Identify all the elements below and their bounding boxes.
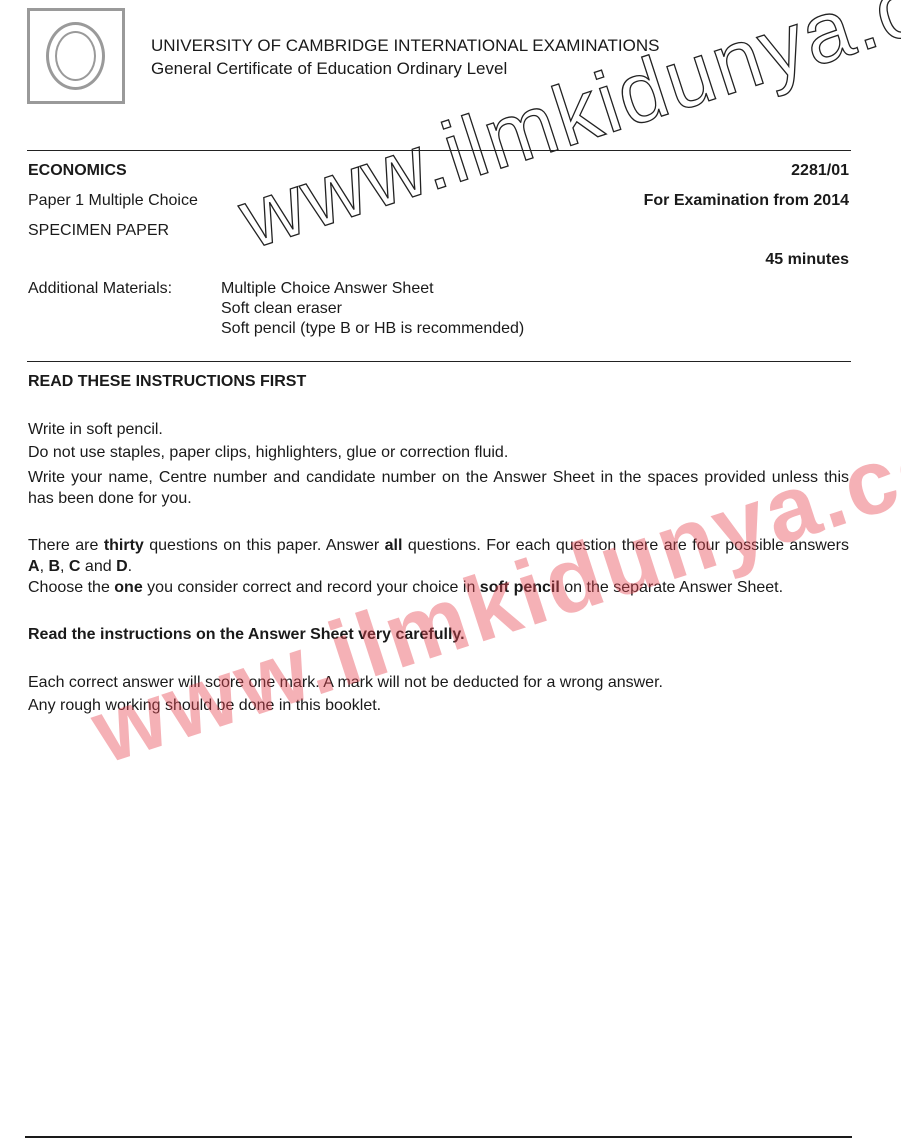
text: . [128,558,132,575]
text: on the separate Answer Sheet. [560,579,783,596]
option-letter: B [48,558,60,575]
text: questions. For each question there are f… [402,537,849,554]
duration: 45 minutes [765,251,849,269]
emphasis: thirty [104,537,144,554]
materials-label: Additional Materials: [28,280,172,298]
institution-name: UNIVERSITY OF CAMBRIDGE INTERNATIONAL EX… [151,36,660,56]
header-divider [27,150,851,151]
emphasis: one [114,579,142,596]
emphasis: all [385,537,403,554]
material-item: Soft pencil (type B or HB is recommended… [221,320,524,338]
subject-title: ECONOMICS [28,162,127,180]
text: and [80,558,116,575]
instruction-line: Write in soft pencil. [28,421,163,439]
paper-code: 2281/01 [791,162,849,180]
o-level-logo-icon [46,22,105,90]
text: you consider correct and record your cho… [143,579,480,596]
instructions-heading: READ THESE INSTRUCTIONS FIRST [28,373,306,391]
paper-type: SPECIMEN PAPER [28,222,169,240]
text: There are [28,537,104,554]
option-letter: D [116,558,128,575]
qualification-name: General Certificate of Education Ordinar… [151,59,507,79]
instruction-line: Write your name, Centre number and candi… [28,467,849,509]
emphasis: soft pencil [480,579,560,596]
material-item: Multiple Choice Answer Sheet [221,280,434,298]
questions-paragraph: There are thirty questions on this paper… [28,535,849,577]
marking-note: Each correct answer will score one mark.… [28,674,663,692]
answer-sheet-note: Read the instructions on the Answer Shee… [28,626,465,644]
cie-logo [27,8,125,104]
material-item: Soft clean eraser [221,300,342,318]
footer-divider [25,1136,852,1138]
rough-work-note: Any rough working should be done in this… [28,697,381,715]
paper-name: Paper 1 Multiple Choice [28,192,198,210]
materials-divider [27,361,851,362]
exam-from: For Examination from 2014 [644,192,849,210]
text: Choose the [28,579,114,596]
text: , [60,558,69,575]
instruction-line: Do not use staples, paper clips, highlig… [28,444,508,462]
option-letter: A [28,558,40,575]
choose-paragraph: Choose the one you consider correct and … [28,579,783,597]
option-letter: C [69,558,81,575]
text: questions on this paper. Answer [144,537,385,554]
